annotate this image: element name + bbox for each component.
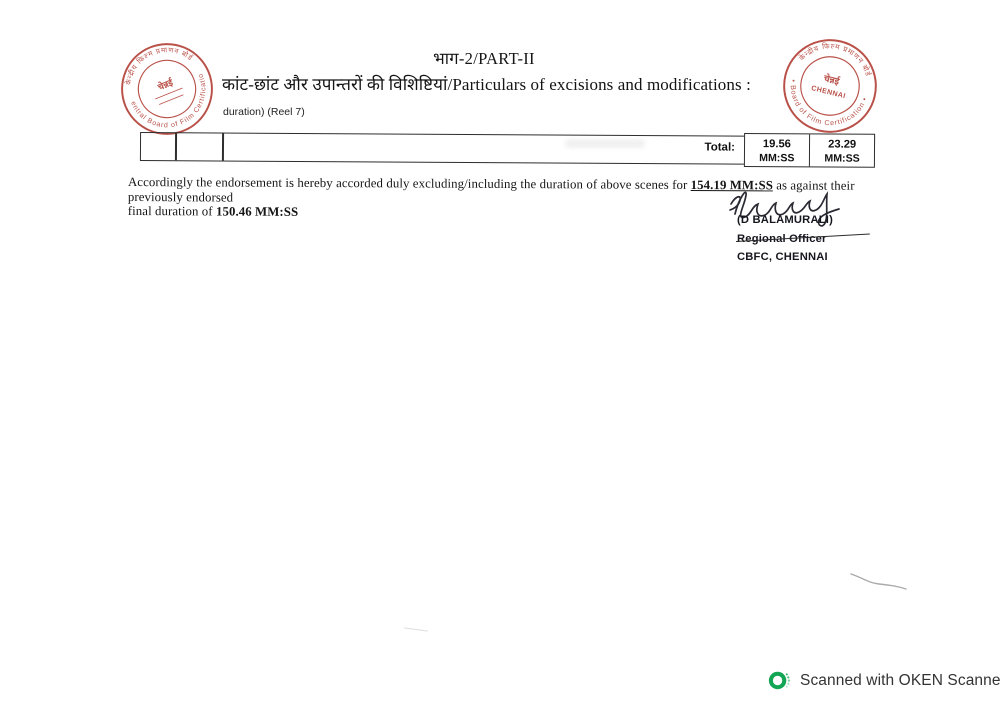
table-divider	[222, 134, 224, 161]
endorsement-text: final duration of	[128, 204, 216, 218]
stamp-right-center-hindi: चेन्नई	[822, 72, 842, 87]
table-divider	[175, 133, 177, 160]
total-value: 23.29	[828, 137, 856, 151]
total-cell-excluded: 19.56 MM:SS	[745, 134, 809, 166]
previous-duration-value: 150.46 MM:SS	[216, 204, 298, 218]
stamp-left-center: चेन्नई	[155, 76, 175, 93]
total-unit: MM:SS	[824, 151, 859, 165]
scan-artifact-mark	[404, 627, 428, 631]
total-unit: MM:SS	[759, 151, 794, 165]
total-values-box: 19.56 MM:SS 23.29 MM:SS	[744, 133, 875, 168]
scanned-document-page: भाग-2/PART-II कांट-छांट और उपान्तरों की …	[0, 0, 1000, 707]
stamp-right-center-english: CHENNAI	[810, 84, 846, 100]
svg-text:केन्द्रीय फिल्म प्रमाणन बोर्ड: केन्द्रीय फिल्म प्रमाणन बोर्ड	[115, 35, 196, 88]
cbfc-stamp-right: केन्द्रीय फिल्म प्रमाणन बोर्ड • Board of…	[769, 25, 890, 146]
pen-squiggle-mark	[845, 567, 915, 595]
signatory-name: (D BALAMURALI)	[737, 214, 833, 226]
stamp-left-arc-top: केन्द्रीय फिल्म प्रमाणन बोर्ड	[115, 35, 196, 88]
scan-smudge	[565, 139, 645, 148]
scanner-footer: Scanned with OKEN Scanner	[768, 669, 1000, 692]
total-cell-included: 23.29 MM:SS	[810, 134, 874, 166]
section-title: कांट-छांट और उपान्तरों की विशिष्टियां/Pa…	[222, 72, 751, 95]
oken-scanner-icon	[768, 669, 791, 692]
reel-note: duration) (Reel 7)	[223, 106, 305, 118]
total-value: 19.56	[763, 137, 791, 151]
total-label: Total:	[705, 141, 736, 153]
signatory-office: CBFC, CHENNAI	[737, 251, 828, 263]
scanner-footer-text: Scanned with OKEN Scanner	[800, 672, 1000, 690]
